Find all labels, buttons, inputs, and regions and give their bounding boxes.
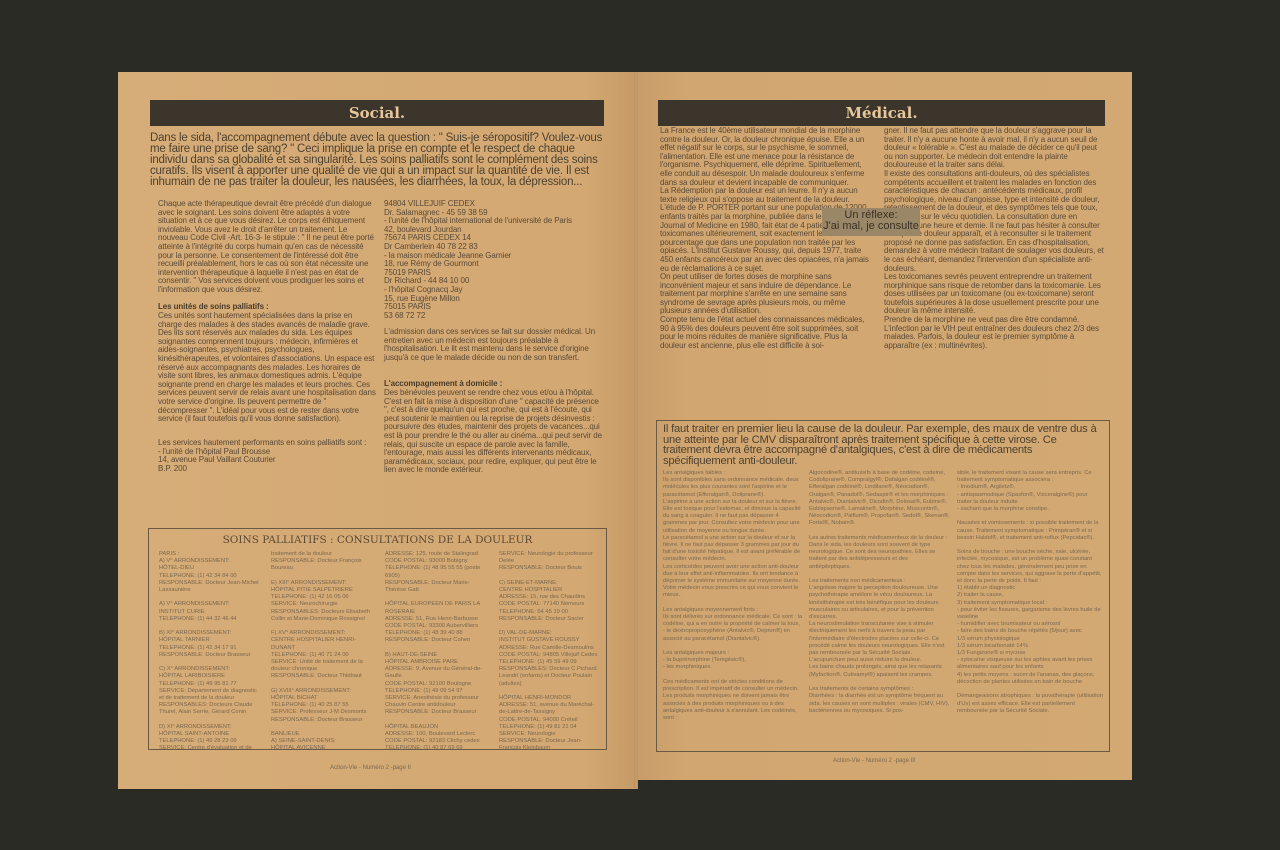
hospital-address-list: 94804 VILLEJUIF CEDEX Dr. Salamagnec - 4… [384,200,606,320]
right-page-footer: Action-Vie - Numéro 2 -page III [833,758,916,764]
treatment-box: Il faut traiter en premier lieu la cause… [656,420,1110,752]
analgesics-column-1: Les antalgiques faibles : Ils sont dispo… [663,470,803,722]
magazine-spine [634,72,638,789]
treatment-lead-paragraph: Il faut traiter en premier lieu la cause… [663,424,1103,466]
social-intro-paragraph: Chaque acte thérapeutique devrait être p… [158,200,376,295]
section-header-social: Social. [150,100,604,126]
consultations-column-4: SERVICE: Neurologie du professeur Delée … [499,551,601,750]
high-performance-services: Les services hautement performants en so… [158,439,376,473]
social-lead-paragraph: Dans le sida, l'accompagnement débute av… [150,133,604,188]
pain-consultations-title: SOINS PALLIATIFS : CONSULTATIONS DE LA D… [149,534,606,546]
consultations-column-2: traitement de la douleur RESPONSABLE: Do… [271,551,373,750]
consultations-column-3: ADRESSE: 125, route de Stalingrad CODE P… [385,551,487,750]
callout-un-reflexe: Un réflexe: J'ai mal, je consulte [822,208,920,236]
medical-column-1: La France est le 40ème utilisateur mondi… [660,127,875,375]
admission-paragraph: L'admission dans ces services se fait su… [384,328,604,362]
consultations-column-1: PARIS : A) V° ARRONDISSEMENT: HÔTEL-DIEU… [159,551,261,750]
palliative-units-paragraph: Ces unités sont hautement spécialisées d… [158,312,376,424]
left-page-footer: Action-Vie - Numéro 2 -page II [330,765,411,771]
pain-consultations-box: SOINS PALLIATIFS : CONSULTATIONS DE LA D… [148,528,607,750]
section-header-medical: Médical. [658,100,1105,126]
analgesics-column-2: Algocodine®, antitussifs à base de codéi… [809,470,951,715]
home-support-paragraph: Des bénévoles peuvent se rendre chez vou… [384,389,604,475]
analgesics-column-3: sible, le traitement visant la cause ser… [957,470,1103,715]
medical-column-2: gner. Il ne faut pas attendre que la dou… [884,127,1106,375]
